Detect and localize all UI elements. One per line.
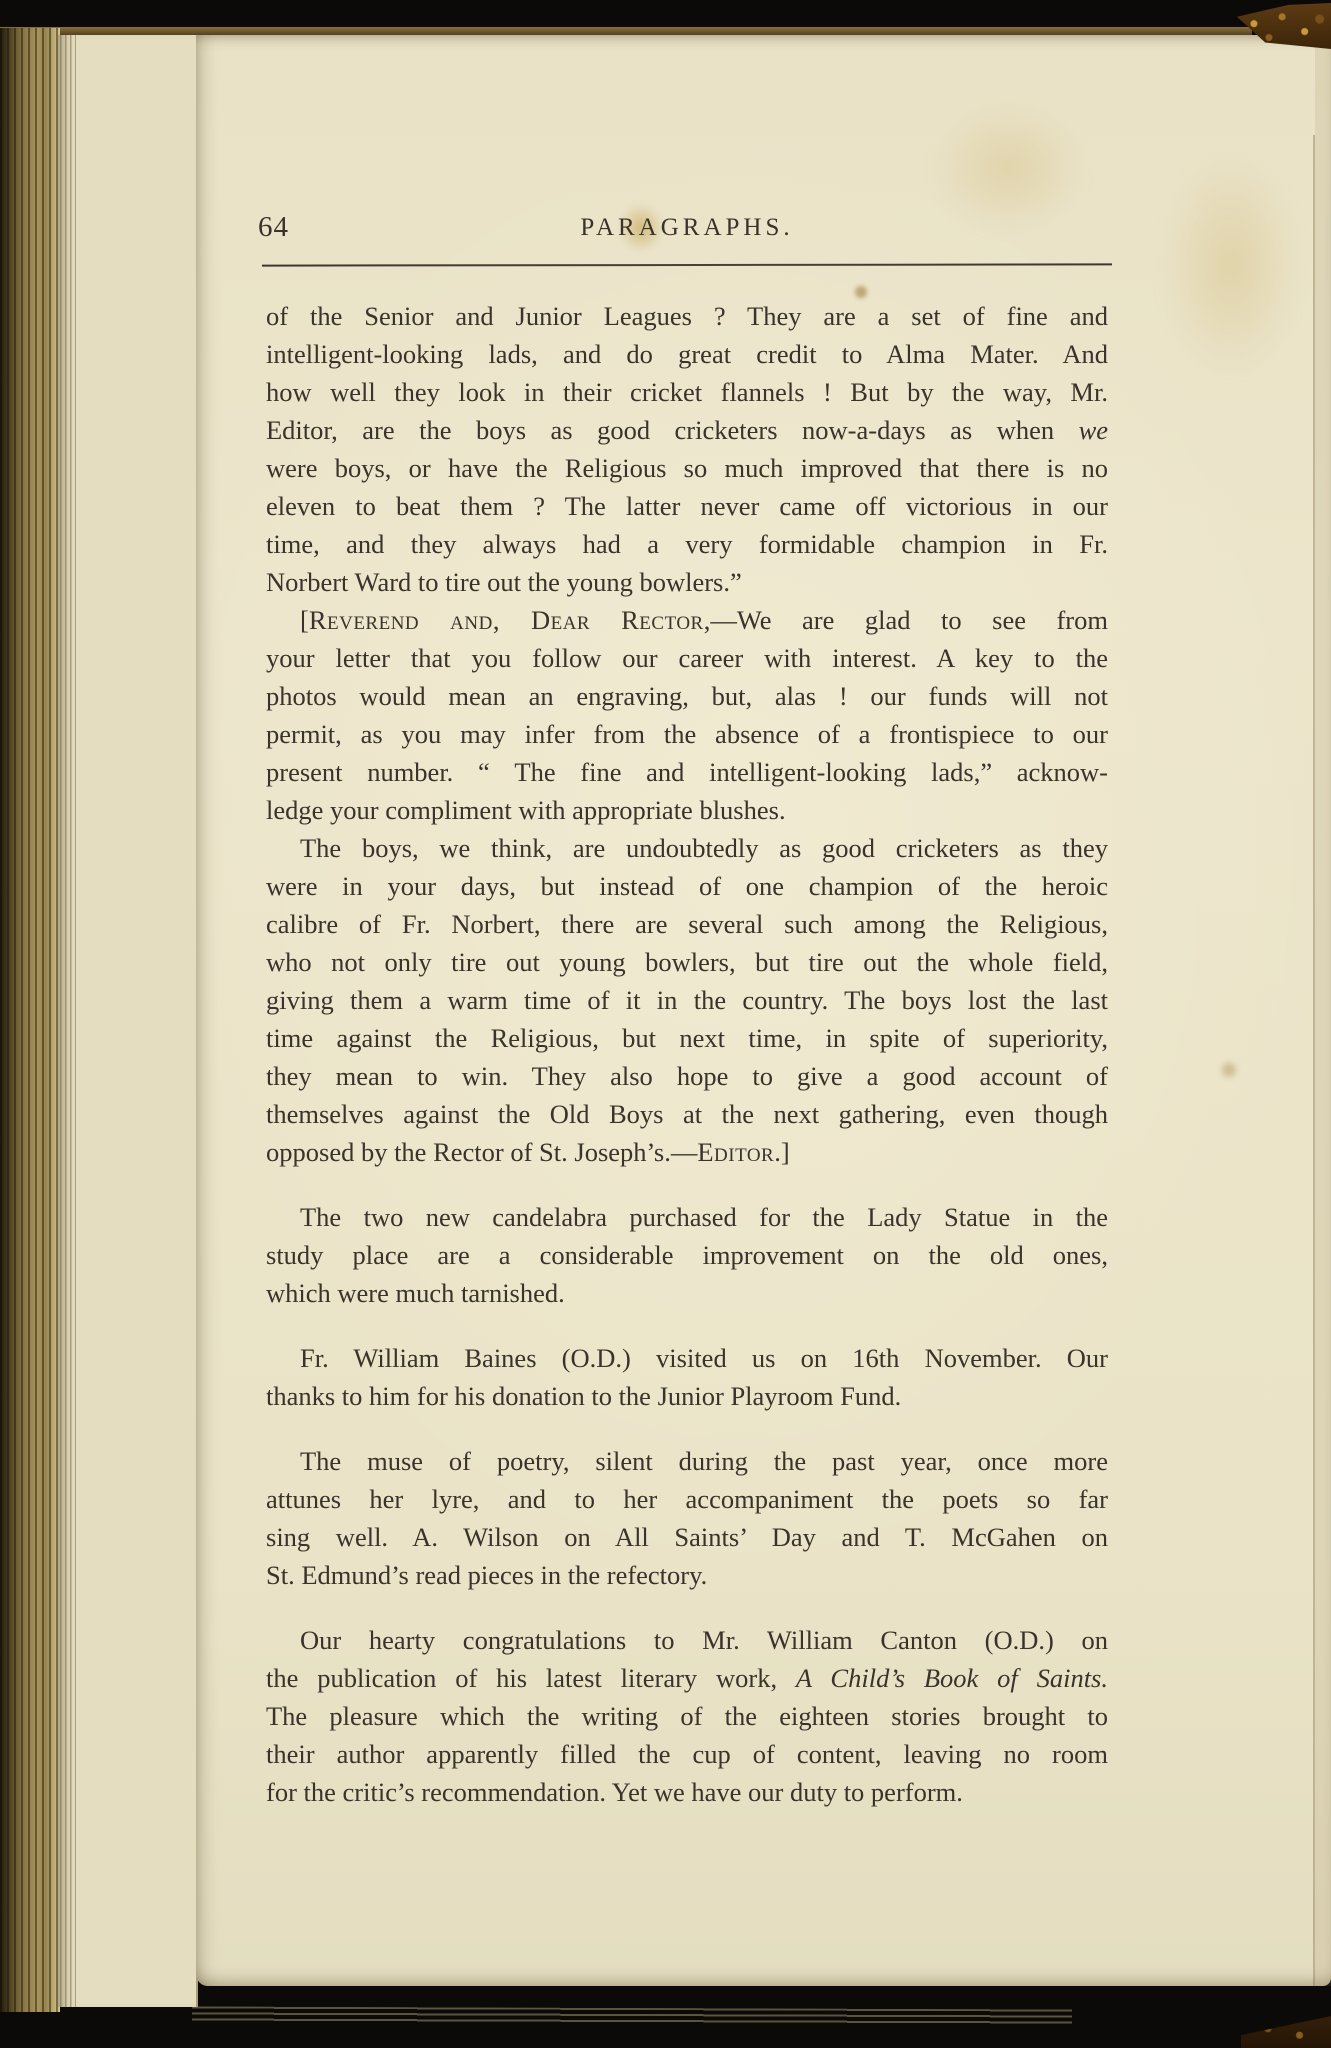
text-line: themselves against the Old Boys at the n… — [266, 1095, 1108, 1133]
text-line: time against the Religious, but next tim… — [266, 1019, 1108, 1057]
book-page: 64 PARAGRAPHS. of the Senior and Junior … — [196, 35, 1331, 1986]
page-edges-bottom — [192, 2006, 1072, 2025]
text-line: The pleasure which the writing of the ei… — [266, 1697, 1108, 1735]
page-right-fold-line — [1313, 135, 1315, 1986]
book-cover-corner-bottom — [1241, 2016, 1331, 2048]
text-line: their author apparently filled the cup o… — [266, 1735, 1108, 1773]
page-body: of the Senior and Junior Leagues ? They … — [266, 297, 1108, 1811]
underlying-page — [58, 35, 198, 2007]
page-header: 64 PARAGRAPHS. — [266, 211, 1108, 247]
text-line: for the critic’s recommendation. Yet we … — [266, 1773, 1108, 1811]
running-title: PARAGRAPHS. — [266, 214, 1108, 242]
text-line: permit, as you may infer from the absenc… — [266, 715, 1108, 753]
text-line: St. Edmund’s read pieces in the refector… — [266, 1556, 1108, 1594]
text-line: eleven to beat them ? The latter never c… — [266, 487, 1108, 525]
text-line: calibre of Fr. Norbert, there are severa… — [266, 905, 1108, 943]
text-line: photos would mean an engraving, but, ala… — [266, 677, 1108, 715]
text-line: intelligent-looking lads, and do great c… — [266, 335, 1108, 373]
text-line: Fr. William Baines (O.D.) visited us on … — [266, 1339, 1108, 1377]
text-line: study place are a considerable improveme… — [266, 1236, 1108, 1274]
text-line: were boys, or have the Religious so much… — [266, 449, 1108, 487]
paragraph: The muse of poetry, silent during the pa… — [266, 1442, 1108, 1594]
text-line: were in your days, but instead of one ch… — [266, 867, 1108, 905]
text-line: sing well. A. Wilson on All Saints’ Day … — [266, 1518, 1108, 1556]
text-line: which were much tarnished. — [266, 1274, 1108, 1312]
text-line: your letter that you follow our career w… — [266, 639, 1108, 677]
text-line: Our hearty congratulations to Mr. Willia… — [266, 1621, 1108, 1659]
text-line: they mean to win. They also hope to give… — [266, 1057, 1108, 1095]
book-top-edge — [0, 27, 1252, 35]
text-line: ledge your compliment with appropriate b… — [266, 791, 1108, 829]
page-edges-left — [0, 28, 60, 2012]
text-column: 64 PARAGRAPHS. of the Senior and Junior … — [266, 35, 1108, 1811]
stain — [1222, 1063, 1236, 1077]
text-line: who not only tire out young bowlers, but… — [266, 943, 1108, 981]
text-line: present number. “ The fine and intellige… — [266, 753, 1108, 791]
text-line: Norbert Ward to tire out the young bowle… — [266, 563, 1108, 601]
text-line: giving them a warm time of it in the cou… — [266, 981, 1108, 1019]
text-line: Editor, are the boys as good cricketers … — [266, 411, 1108, 449]
text-line: [Reverend and, Dear Rector,—We are glad … — [266, 601, 1108, 639]
paragraph: [Reverend and, Dear Rector,—We are glad … — [266, 601, 1108, 829]
paragraph: The boys, we think, are undoubtedly as g… — [266, 829, 1108, 1171]
text-line: time, and they always had a very formida… — [266, 525, 1108, 563]
stain — [1161, 153, 1301, 378]
paragraph: The two new candelabra purchased for the… — [266, 1198, 1108, 1312]
text-line: how well they look in their cricket flan… — [266, 373, 1108, 411]
page-right-edge-shade — [1315, 35, 1331, 1986]
text-line: the publication of his latest literary w… — [266, 1659, 1108, 1697]
header-rule — [262, 263, 1112, 266]
text-line: The muse of poetry, silent during the pa… — [266, 1442, 1108, 1480]
book-photo: 64 PARAGRAPHS. of the Senior and Junior … — [0, 0, 1331, 2048]
text-line: The boys, we think, are undoubtedly as g… — [266, 829, 1108, 867]
paragraph: Our hearty congratulations to Mr. Willia… — [266, 1621, 1108, 1811]
paragraph: Fr. William Baines (O.D.) visited us on … — [266, 1339, 1108, 1415]
text-line: opposed by the Rector of St. Joseph’s.—E… — [266, 1133, 1108, 1171]
text-line: attunes her lyre, and to her accompanime… — [266, 1480, 1108, 1518]
text-line: thanks to him for his donation to the Ju… — [266, 1377, 1108, 1415]
paragraph: of the Senior and Junior Leagues ? They … — [266, 297, 1108, 601]
text-line: The two new candelabra purchased for the… — [266, 1198, 1108, 1236]
text-line: of the Senior and Junior Leagues ? They … — [266, 297, 1108, 335]
